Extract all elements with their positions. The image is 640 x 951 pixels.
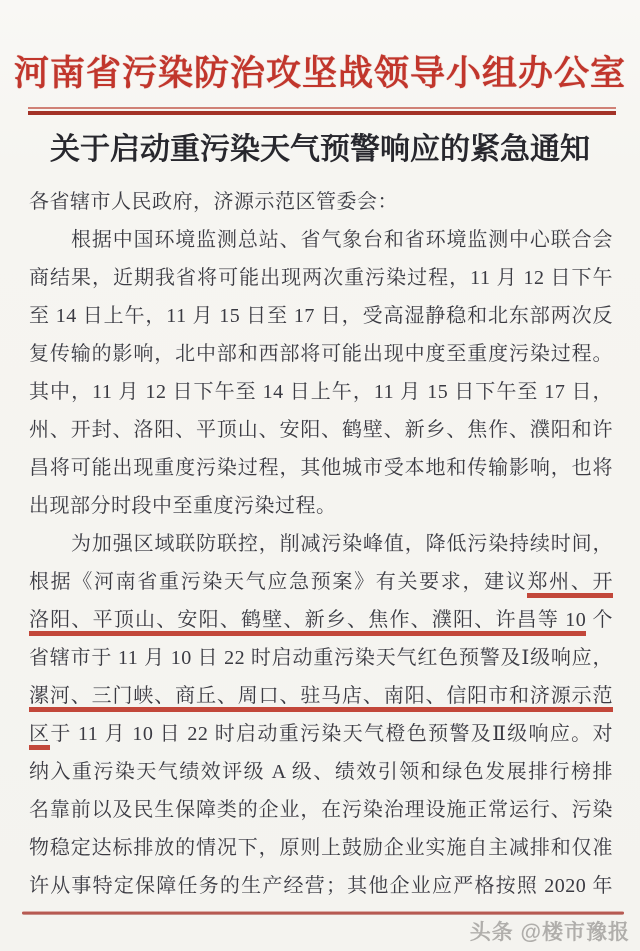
text-run: 许从事特定保障任务的生产经营；其他企业应严格按照 2020 年 [29, 875, 613, 897]
body-line: 省辖市于 11 月 10 日 22 时启动重污染天气红色预警及Ⅰ级响应， [29, 639, 613, 677]
text-run: 省辖市于 11 月 10 日 22 时启动重污染天气红色预警及Ⅰ级响应， [29, 647, 613, 669]
text-run: 商结果，近期我省将可能出现两次重污染过程，11 月 12 日下午 [29, 267, 613, 289]
body-line: 至 14 日上午，11 月 15 日至 17 日，受高湿静稳和北东部两次反 [29, 297, 613, 335]
text-run: 根据《河南省重污染天气应急预案》有关要求，建议 [29, 571, 527, 593]
document-title: 关于启动重污染天气预警响应的紧急通知 [0, 124, 640, 168]
body-line: 昌将可能出现重度污染过程，其他城市受本地和传输影响，也将 [29, 449, 613, 487]
body-line: 商结果，近期我省将可能出现两次重污染过程，11 月 12 日下午 [29, 259, 613, 297]
body-line: 其中，11 月 12 日下午至 14 日上午，11 月 15 日下午至 17 日… [29, 373, 613, 411]
body-line: 名靠前以及民生保障类的企业，在污染治理设施正常运行、污染 [29, 791, 613, 829]
red-underlined-text: 漯河、三门峡、商丘、周口、驻马店、南阳、信阳市和济源示范 [29, 685, 613, 712]
text-run: 个 [586, 609, 613, 631]
body-line: 为加强区域联防联控，削减污染峰值，降低污染持续时间， [29, 525, 613, 563]
text-run: 复传输的影响，北中部和西部将可能出现中度至重度污染过程。 [29, 343, 613, 365]
red-underlined-text: 洛阳、平顶山、安阳、鹤壁、新乡、焦作、濮阳、许昌等 10 [29, 609, 586, 636]
text-run: 各省辖市人民政府，济源示范区管委会： [29, 191, 398, 213]
body-line: 纳入重污染天气绩效评级 A 级、绩效引领和绿色发展排行榜排 [29, 753, 613, 791]
text-run: 根据中国环境监测总站、省气象台和省环境监测中心联合会 [71, 229, 613, 251]
body-line: 根据《河南省重污染天气应急预案》有关要求，建议郑州、开封、 [29, 563, 613, 601]
text-run: 纳入重污染天气绩效评级 A 级、绩效引领和绿色发展排行榜排 [29, 761, 613, 783]
body-line: 物稳定达标排放的情况下，原则上鼓励企业实施自主减排和仅准 [29, 829, 613, 867]
text-run: 其中，11 月 12 日下午至 14 日上午，11 月 15 日下午至 17 日… [29, 381, 613, 411]
text-run: 出现部分时段中至重度污染过程。 [29, 495, 337, 517]
body-line: 洛阳、平顶山、安阳、鹤壁、新乡、焦作、濮阳、许昌等 10 个 [29, 601, 613, 639]
body-line: 州、开封、洛阳、平顶山、安阳、鹤壁、新乡、焦作、濮阳和许 [29, 411, 613, 449]
body-line: 许从事特定保障任务的生产经营；其他企业应严格按照 2020 年 [29, 867, 613, 905]
text-run: 为加强区域联防联控，削减污染峰值，降低污染持续时间， [71, 533, 613, 555]
scanned-notice-page: 河南省污染防治攻坚战领导小组办公室 关于启动重污染天气预警响应的紧急通知 各省辖… [0, 0, 640, 951]
body-line: 漯河、三门峡、商丘、周口、驻马店、南阳、信阳市和济源示范 [29, 677, 613, 715]
red-underlined-text: 区 [29, 723, 50, 750]
body-line: 出现部分时段中至重度污染过程。 [29, 487, 613, 525]
body-line: 区于 11 月 10 日 22 时启动重污染天气橙色预警及Ⅱ级响应。对 [29, 715, 613, 753]
document-body: 各省辖市人民政府，济源示范区管委会：根据中国环境监测总站、省气象台和省环境监测中… [29, 183, 613, 905]
text-run: 至 14 日上午，11 月 15 日至 17 日，受高湿静稳和北东部两次反 [29, 305, 613, 327]
text-run: 昌将可能出现重度污染过程，其他城市受本地和传输影响，也将 [29, 457, 613, 479]
text-run: 物稳定达标排放的情况下，原则上鼓励企业实施自主减排和仅准 [29, 837, 613, 859]
text-run: 于 11 月 10 日 22 时启动重污染天气橙色预警及Ⅱ级响应。对 [50, 723, 613, 745]
body-line: 根据中国环境监测总站、省气象台和省环境监测中心联合会 [29, 221, 613, 259]
issuing-office-masthead: 河南省污染防治攻坚战领导小组办公室 [0, 46, 640, 96]
text-run: 名靠前以及民生保障类的企业，在污染治理设施正常运行、污染 [29, 799, 613, 821]
bottom-divider-rule [22, 911, 624, 915]
body-line: 各省辖市人民政府，济源示范区管委会： [29, 183, 613, 221]
toutiao-watermark: 头条 @楼市豫报 [470, 916, 630, 946]
masthead-divider-rule [28, 107, 616, 115]
body-line: 复传输的影响，北中部和西部将可能出现中度至重度污染过程。 [29, 335, 613, 373]
text-run: 州、开封、洛阳、平顶山、安阳、鹤壁、新乡、焦作、濮阳和许 [29, 419, 613, 441]
